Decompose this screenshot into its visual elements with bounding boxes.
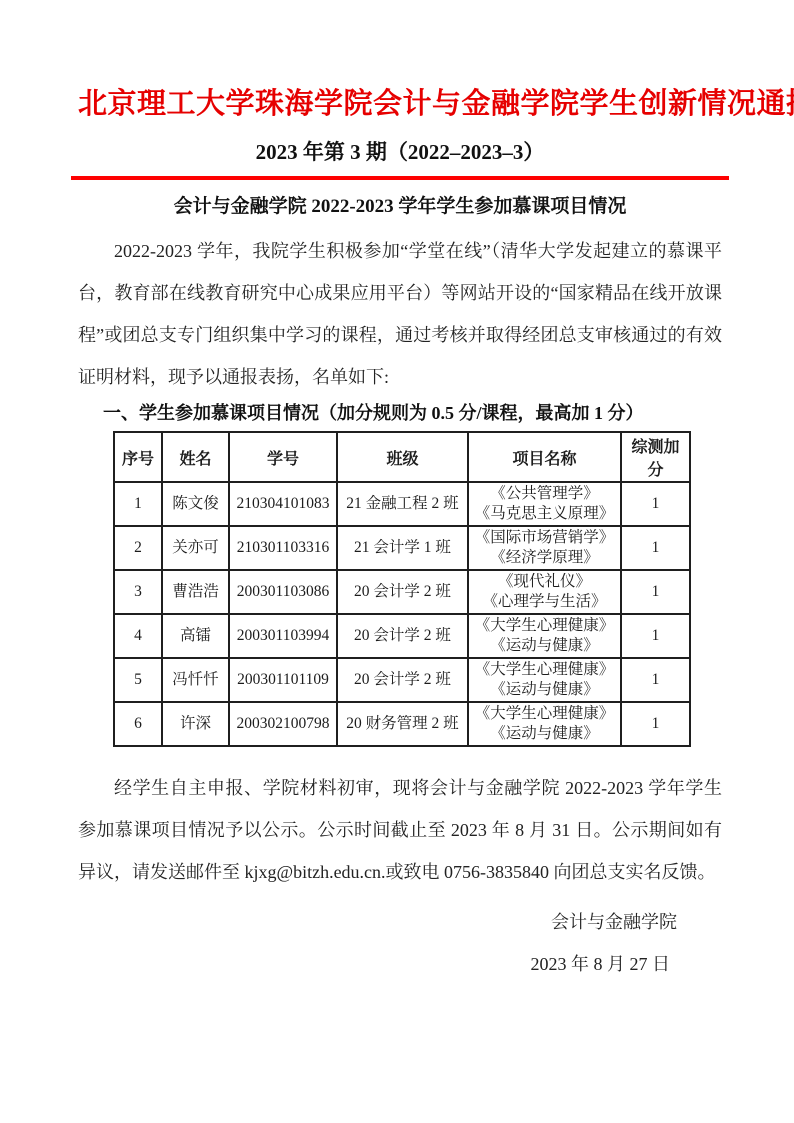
cell-name: 曹浩浩 xyxy=(162,570,229,614)
col-header-score: 综测加分 xyxy=(621,432,690,482)
cell-projects: 《大学生心理健康》 《运动与健康》 xyxy=(468,702,621,746)
project-line: 《大学生心理健康》 xyxy=(471,616,618,636)
project-line: 《现代礼仪》 xyxy=(471,572,618,592)
cell-projects: 《公共管理学》 《马克思主义原理》 xyxy=(468,482,621,526)
cell-no: 5 xyxy=(114,658,162,702)
table-header-row: 序号 姓名 学号 班级 项目名称 综测加分 xyxy=(114,432,690,482)
cell-score: 1 xyxy=(621,614,690,658)
intro-paragraph: 2022-2023 学年，我院学生积极参加“学堂在线”（清华大学发起建立的慕课平… xyxy=(78,230,722,398)
notice-title: 北京理工大学珠海学院会计与金融学院学生创新情况通报 xyxy=(78,84,722,124)
cell-projects: 《大学生心理健康》 《运动与健康》 xyxy=(468,658,621,702)
cell-class: 21 会计学 1 班 xyxy=(337,526,468,570)
cell-no: 3 xyxy=(114,570,162,614)
document-subtitle: 会计与金融学院 2022-2023 学年学生参加慕课项目情况 xyxy=(78,192,722,222)
cell-student-id: 210304101083 xyxy=(229,482,337,526)
cell-projects: 《现代礼仪》 《心理学与生活》 xyxy=(468,570,621,614)
project-line: 《公共管理学》 xyxy=(471,484,618,504)
col-header-class: 班级 xyxy=(337,432,468,482)
cell-name: 关亦可 xyxy=(162,526,229,570)
col-header-no: 序号 xyxy=(114,432,162,482)
cell-student-id: 200301103086 xyxy=(229,570,337,614)
table-row: 6 许深 200302100798 20 财务管理 2 班 《大学生心理健康》 … xyxy=(114,702,690,746)
cell-class: 20 财务管理 2 班 xyxy=(337,702,468,746)
table-row: 3 曹浩浩 200301103086 20 会计学 2 班 《现代礼仪》 《心理… xyxy=(114,570,690,614)
cell-score: 1 xyxy=(621,482,690,526)
project-line: 《大学生心理健康》 xyxy=(471,704,618,724)
cell-no: 6 xyxy=(114,702,162,746)
closing-paragraph: 经学生自主申报、学院材料初审，现将会计与金融学院 2022-2023 学年学生参… xyxy=(78,767,722,893)
project-line: 《马克思主义原理》 xyxy=(471,504,618,524)
issue-line: 2023 年第 3 期（2022–2023–3） xyxy=(78,136,722,168)
cell-score: 1 xyxy=(621,658,690,702)
section-heading: 一、学生参加慕课项目情况（加分规则为 0.5 分/课程，最高加 1 分） xyxy=(103,400,722,426)
table-row: 1 陈文俊 210304101083 21 金融工程 2 班 《公共管理学》 《… xyxy=(114,482,690,526)
cell-name: 冯忏忏 xyxy=(162,658,229,702)
project-line: 《大学生心理健康》 xyxy=(471,660,618,680)
project-line: 《经济学原理》 xyxy=(471,548,618,568)
cell-projects: 《国际市场营销学》 《经济学原理》 xyxy=(468,526,621,570)
cell-class: 20 会计学 2 班 xyxy=(337,614,468,658)
table-row: 2 关亦可 210301103316 21 会计学 1 班 《国际市场营销学》 … xyxy=(114,526,690,570)
col-header-project: 项目名称 xyxy=(468,432,621,482)
red-divider-rule xyxy=(71,176,729,180)
cell-class: 20 会计学 2 班 xyxy=(337,570,468,614)
cell-no: 4 xyxy=(114,614,162,658)
cell-no: 2 xyxy=(114,526,162,570)
project-line: 《心理学与生活》 xyxy=(471,592,618,612)
project-line: 《运动与健康》 xyxy=(471,724,618,744)
col-header-student-id: 学号 xyxy=(229,432,337,482)
project-line: 《运动与健康》 xyxy=(471,680,618,700)
table-row: 5 冯忏忏 200301101109 20 会计学 2 班 《大学生心理健康》 … xyxy=(114,658,690,702)
cell-student-id: 200302100798 xyxy=(229,702,337,746)
cell-student-id: 200301101109 xyxy=(229,658,337,702)
cell-projects: 《大学生心理健康》 《运动与健康》 xyxy=(468,614,621,658)
cell-name: 高镭 xyxy=(162,614,229,658)
cell-score: 1 xyxy=(621,702,690,746)
mooc-table: 序号 姓名 学号 班级 项目名称 综测加分 1 陈文俊 210304101083… xyxy=(113,431,691,747)
table-row: 4 高镭 200301103994 20 会计学 2 班 《大学生心理健康》 《… xyxy=(114,614,690,658)
cell-name: 陈文俊 xyxy=(162,482,229,526)
cell-no: 1 xyxy=(114,482,162,526)
signature: 会计与金融学院 xyxy=(78,901,722,943)
project-line: 《国际市场营销学》 xyxy=(471,528,618,548)
cell-student-id: 200301103994 xyxy=(229,614,337,658)
cell-class: 20 会计学 2 班 xyxy=(337,658,468,702)
date: 2023 年 8 月 27 日 xyxy=(78,943,722,985)
notice-page: 北京理工大学珠海学院会计与金融学院学生创新情况通报 2023 年第 3 期（20… xyxy=(0,0,794,1123)
cell-score: 1 xyxy=(621,526,690,570)
cell-class: 21 金融工程 2 班 xyxy=(337,482,468,526)
cell-score: 1 xyxy=(621,570,690,614)
project-line: 《运动与健康》 xyxy=(471,636,618,656)
cell-name: 许深 xyxy=(162,702,229,746)
cell-student-id: 210301103316 xyxy=(229,526,337,570)
col-header-name: 姓名 xyxy=(162,432,229,482)
